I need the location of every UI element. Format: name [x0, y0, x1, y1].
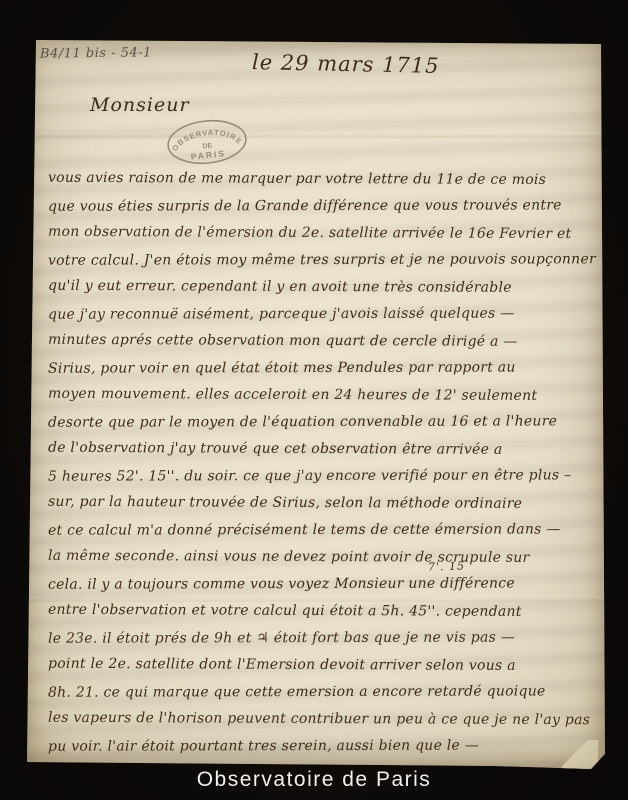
- paper-crease: [24, 132, 606, 138]
- letter-line: minutes aprés cette observation mon quar…: [48, 327, 600, 356]
- letter-line: que vous éties surpris de la Grande diff…: [48, 192, 600, 220]
- letter-line: Sirius, pour voir en quel état étoit mes…: [48, 354, 600, 382]
- letter-line: 5 heures 52'. 15''. du soir. ce que j'ay…: [48, 462, 600, 490]
- letter-salutation: Monsieur: [90, 94, 190, 116]
- letter-line: desorte que par le moyen de l'équation c…: [48, 408, 600, 436]
- letter-body: vous avies raison de me marquer par votr…: [48, 166, 600, 760]
- scanned-letter-photo: B4/11 bis - 54-1 le 29 mars 1715 Monsieu…: [0, 0, 628, 800]
- letter-line: moyen mouvement. elles acceleroit en 24 …: [48, 381, 600, 410]
- photo-caption: Observatoire de Paris: [0, 768, 628, 792]
- interline-correction-note: 7'. 15: [428, 559, 465, 573]
- letter-paper-sheet: B4/11 bis - 54-1 le 29 mars 1715 Monsieu…: [24, 36, 606, 772]
- letter-line: cela. il y a toujours comme vous voyez M…: [48, 570, 600, 598]
- letter-line: entre l'observation et votre calcul qui …: [48, 597, 600, 626]
- letter-line: 8h. 21. ce qui marque que cette emersion…: [48, 678, 600, 706]
- letter-line: de l'observation j'ay trouvé que cet obs…: [48, 435, 600, 464]
- letter-line: pu voir. l'air étoit pourtant tres serei…: [48, 732, 600, 760]
- letter-line: point le 2e. satellite dont l'Emersion d…: [48, 651, 600, 680]
- letter-line: sur, par la hauteur trouvée de Sirius, s…: [48, 489, 600, 518]
- letter-line: mon observation de l'émersion du 2e. sat…: [48, 219, 600, 248]
- stamp-bottom-text: PARIS: [190, 148, 226, 162]
- letter-line: les vapeurs de l'horison peuvent contrib…: [48, 705, 600, 734]
- letter-line: que j'ay reconnuë aisément, parceque j'a…: [48, 300, 600, 328]
- observatoire-de-paris-oval-stamp: OBSERVATOIRE DE PARIS: [162, 114, 253, 171]
- archive-shelfmark-label: B4/11 bis - 54-1: [40, 45, 152, 61]
- letter-line: la même seconde. ainsi vous ne devez poi…: [48, 543, 600, 572]
- letter-line: votre calcul. J'en étois moy même tres s…: [48, 246, 600, 274]
- letter-line: qu'il y eut erreur. cependant il y en av…: [48, 273, 600, 302]
- letter-line: le 23e. il étoit prés de 9h et ♃ étoit f…: [48, 624, 600, 652]
- letter-line: et ce calcul m'a donné précisément le te…: [48, 516, 600, 544]
- letter-line: vous avies raison de me marquer par votr…: [48, 165, 600, 194]
- letter-date: le 29 mars 1715: [252, 50, 440, 78]
